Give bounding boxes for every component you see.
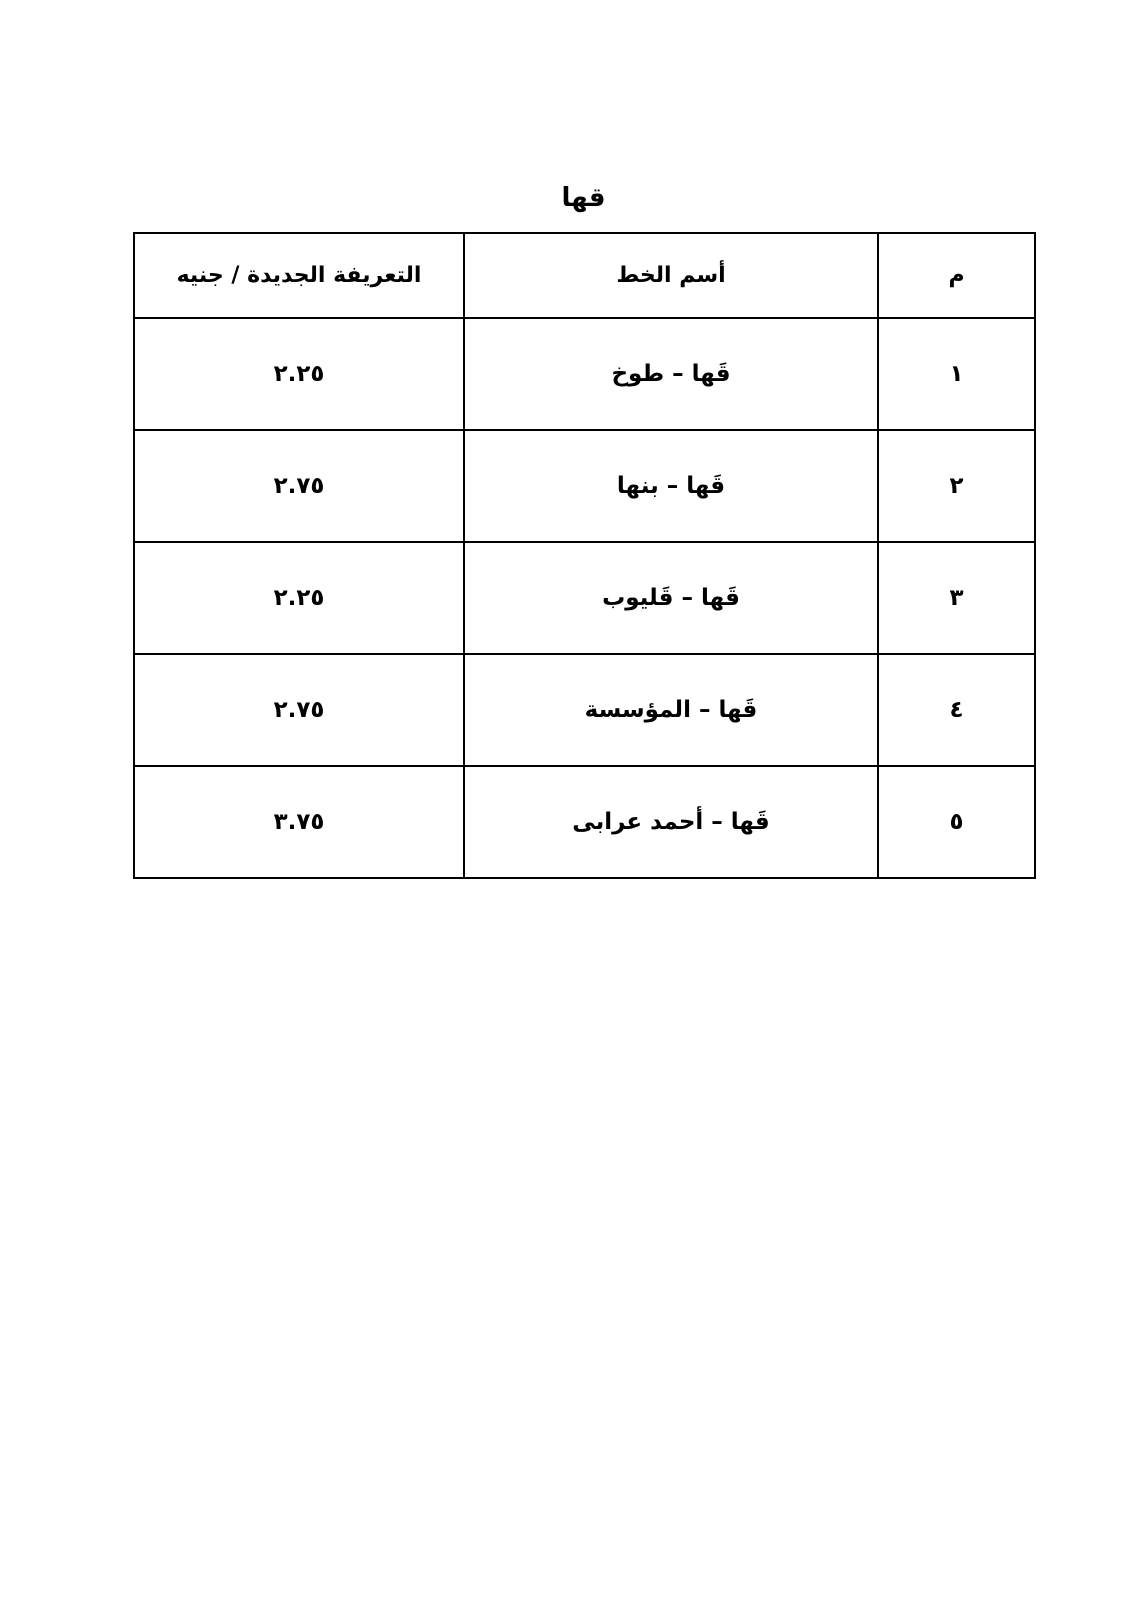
cell-index: ١ bbox=[878, 318, 1035, 430]
cell-line-name: قَها – المؤسسة bbox=[464, 654, 878, 766]
tariff-table: م أسم الخط التعريفة الجديدة / جنيه ١ قَه… bbox=[133, 232, 1036, 879]
table-row: ١ قَها – طوخ ٢.٢٥ bbox=[134, 318, 1035, 430]
cell-index: ٢ bbox=[878, 430, 1035, 542]
cell-index: ٤ bbox=[878, 654, 1035, 766]
cell-tariff: ٣.٧٥ bbox=[134, 766, 464, 878]
page-title: قها bbox=[133, 183, 1034, 213]
table-row: ٢ قَها – بنها ٢.٧٥ bbox=[134, 430, 1035, 542]
table-row: ٥ قَها – أحمد عرابى ٣.٧٥ bbox=[134, 766, 1035, 878]
document-page: قها م أسم الخط التعريفة الجديدة / جنيه ١… bbox=[0, 0, 1132, 1600]
table-header-row: م أسم الخط التعريفة الجديدة / جنيه bbox=[134, 233, 1035, 318]
cell-line-name: قَها – أحمد عرابى bbox=[464, 766, 878, 878]
table-row: ٤ قَها – المؤسسة ٢.٧٥ bbox=[134, 654, 1035, 766]
cell-line-name: قَها – قَليوب bbox=[464, 542, 878, 654]
cell-line-name: قَها – بنها bbox=[464, 430, 878, 542]
cell-tariff: ٢.٢٥ bbox=[134, 318, 464, 430]
header-tariff: التعريفة الجديدة / جنيه bbox=[134, 233, 464, 318]
cell-index: ٣ bbox=[878, 542, 1035, 654]
cell-tariff: ٢.٧٥ bbox=[134, 430, 464, 542]
header-index: م bbox=[878, 233, 1035, 318]
cell-tariff: ٢.٧٥ bbox=[134, 654, 464, 766]
table-row: ٣ قَها – قَليوب ٢.٢٥ bbox=[134, 542, 1035, 654]
header-line-name: أسم الخط bbox=[464, 233, 878, 318]
cell-line-name: قَها – طوخ bbox=[464, 318, 878, 430]
cell-index: ٥ bbox=[878, 766, 1035, 878]
cell-tariff: ٢.٢٥ bbox=[134, 542, 464, 654]
